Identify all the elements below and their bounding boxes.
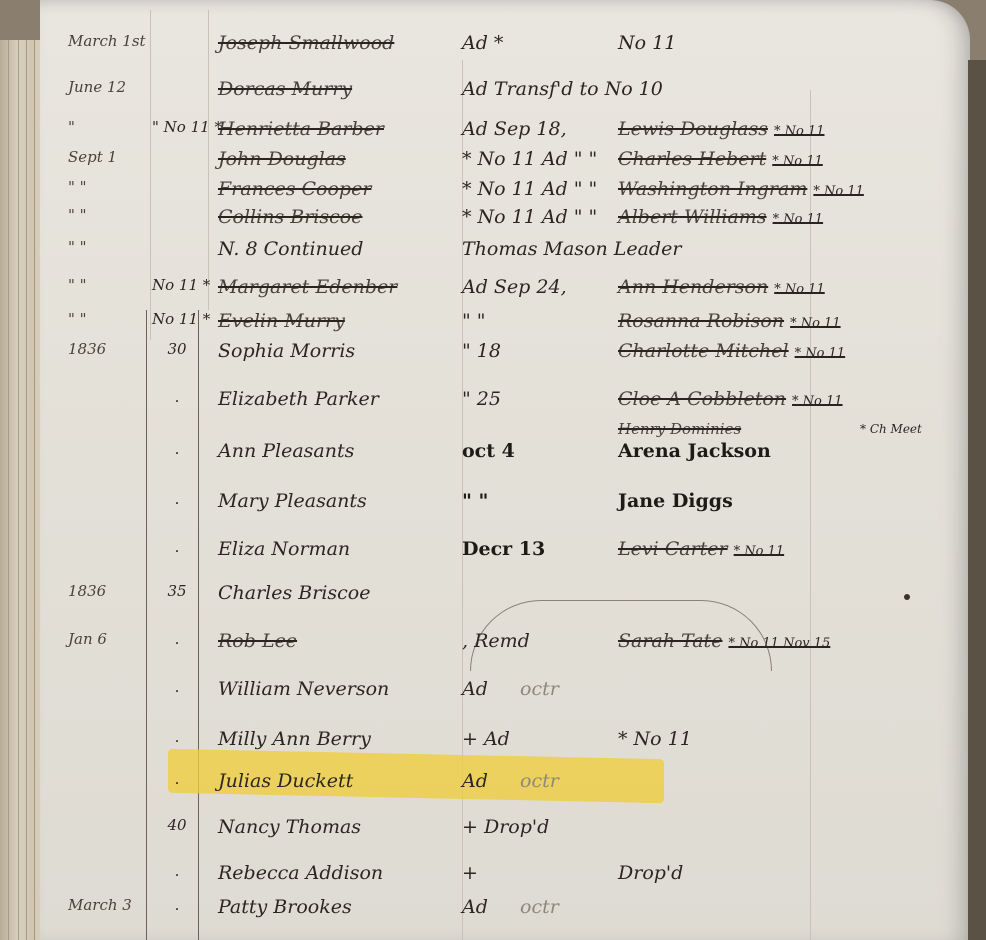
class-transfer-mark: * No 11 — [774, 282, 825, 297]
member-name: N. 8 Continued — [218, 238, 363, 260]
entry-number: . — [152, 862, 202, 880]
entry-date: March 3 — [68, 896, 148, 914]
member-name: Mary Pleasants — [218, 490, 367, 512]
member-name: Elizabeth Parker — [218, 388, 379, 410]
table-row: Jan 6.Rob Lee, RemdSarah Tate* No 11 Nov… — [0, 630, 986, 674]
entry-number: No 11 * — [152, 310, 202, 328]
entry-action: Ad Sep 18, — [462, 118, 567, 140]
entry-note: octr — [520, 678, 559, 700]
entry-action: " " — [462, 310, 486, 332]
entry-action: oct 4 — [462, 440, 515, 462]
entry-date: " " — [68, 276, 148, 294]
table-row: June 12Dorcas MurryAd Transf'd to No 10 — [0, 78, 986, 122]
entry-action: Ad — [462, 770, 488, 792]
note-above: Henry Dominies — [618, 420, 741, 438]
entry-note: Albert Williams* No 11 — [618, 206, 823, 228]
entry-action: , Remd — [462, 630, 530, 652]
member-name: William Neverson — [218, 678, 389, 700]
entry-note: * No 11 — [618, 728, 692, 750]
entry-number: No 11 * — [152, 276, 202, 294]
entry-note: Lewis Douglass* No 11 — [618, 118, 824, 140]
table-row: .Milly Ann Berry+ Ad* No 11 — [0, 728, 986, 772]
entry-number: . — [152, 630, 202, 648]
entry-date: " " — [68, 238, 148, 256]
entry-action: Decr 13 — [462, 538, 545, 560]
table-row: 40Nancy Thomas+ Drop'd — [0, 816, 986, 860]
member-name: Milly Ann Berry — [218, 728, 371, 750]
entry-date: Sept 1 — [68, 148, 148, 166]
member-name: Frances Cooper — [218, 178, 371, 200]
note-above-mark: * Ch Meet — [860, 422, 922, 436]
entry-action: Ad Transf'd to No 10 — [462, 78, 663, 100]
entry-action: " 25 — [462, 388, 501, 410]
member-name: Eliza Norman — [218, 538, 350, 560]
entry-note: octr — [520, 770, 559, 792]
entry-date: " " — [68, 310, 148, 328]
entry-note: Drop'd — [618, 862, 683, 884]
entry-date: 1836 — [68, 582, 148, 600]
table-row: .Eliza NormanDecr 13Levi Carter* No 11 — [0, 538, 986, 582]
entry-note: Washington Ingram* No 11 — [618, 178, 864, 200]
entry-date: 1836 — [68, 340, 148, 358]
entry-action: * No 11 Ad " " — [462, 178, 597, 200]
entry-note: Charles Hebert* No 11 — [618, 148, 823, 170]
member-name: Evelin Murry — [218, 310, 345, 332]
entry-note: Cloe A Cobbleton* No 11 — [618, 388, 843, 410]
entry-action: * No 11 Ad " " — [462, 206, 597, 228]
entry-action: Ad — [462, 896, 488, 918]
member-name: Ann Pleasants — [218, 440, 354, 462]
entry-number: 40 — [152, 816, 202, 834]
entry-action: + Ad — [462, 728, 510, 750]
entry-action: Thomas Mason Leader — [462, 238, 681, 260]
member-name: Dorcas Murry — [218, 78, 352, 100]
entry-date: June 12 — [68, 78, 148, 96]
entry-action: Ad * — [462, 32, 503, 54]
class-transfer-mark: * No 11 — [773, 212, 824, 227]
table-row: .Mary Pleasants" "Jane Diggs — [0, 490, 986, 534]
member-name: Collins Briscoe — [218, 206, 362, 228]
entry-action: " 18 — [462, 340, 501, 362]
table-row: March 1stJoseph SmallwoodAd *No 11 — [0, 32, 986, 76]
entry-note: Sarah Tate* No 11 Nov 15 — [618, 630, 830, 652]
table-row: 183630Sophia Morris" 18Charlotte Mitchel… — [0, 340, 986, 384]
entry-note: octr — [520, 896, 559, 918]
class-transfer-mark: * No 11 — [734, 544, 785, 559]
class-transfer-mark: * No 11 — [795, 346, 846, 361]
entry-action: + Drop'd — [462, 816, 549, 838]
entry-note: Charlotte Mitchel* No 11 — [618, 340, 845, 362]
entry-date: March 1st — [68, 32, 148, 50]
entry-date: " " — [68, 178, 148, 196]
entry-number: . — [152, 728, 202, 746]
entry-action: " " — [462, 490, 488, 512]
member-name: Nancy Thomas — [218, 816, 361, 838]
class-transfer-mark: * No 11 — [792, 394, 843, 409]
member-name: Henrietta Barber — [218, 118, 384, 140]
entry-number: . — [152, 896, 202, 914]
entry-date: " " — [68, 206, 148, 224]
entry-number: 35 — [152, 582, 202, 600]
member-name: Charles Briscoe — [218, 582, 371, 604]
entry-note: Ann Henderson* No 11 — [618, 276, 825, 298]
entry-action: Ad Sep 24, — [462, 276, 567, 298]
entry-action: + — [462, 862, 478, 884]
table-row: .William NeversonAdoctr — [0, 678, 986, 722]
entry-number: . — [152, 440, 202, 458]
member-name: Rob Lee — [218, 630, 297, 652]
entry-note: Arena Jackson — [618, 440, 771, 462]
table-row: .Elizabeth Parker" 25Cloe A Cobbleton* N… — [0, 388, 986, 432]
entry-date: " — [68, 118, 148, 136]
entry-number: . — [152, 538, 202, 556]
class-transfer-mark: * No 11 — [790, 316, 841, 331]
member-name: John Douglas — [218, 148, 346, 170]
entry-note: No 11 — [618, 32, 676, 54]
entry-note: Rosanna Robison* No 11 — [618, 310, 841, 332]
table-row: 183635Charles Briscoe — [0, 582, 986, 626]
entry-number: . — [152, 770, 202, 788]
class-transfer-mark: * No 11 — [772, 154, 823, 169]
member-name: Rebecca Addison — [218, 862, 383, 884]
class-transfer-mark: * No 11 — [774, 124, 825, 139]
entry-note: Levi Carter* No 11 — [618, 538, 784, 560]
entry-action: * No 11 Ad " " — [462, 148, 597, 170]
entry-date: Jan 6 — [68, 630, 148, 648]
entry-number: . — [152, 388, 202, 406]
entry-action: Ad — [462, 678, 488, 700]
entry-number: " No 11 * — [152, 118, 202, 136]
table-row: .Julias DuckettAdoctr — [0, 770, 986, 814]
entry-number: 30 — [152, 340, 202, 358]
member-name: Joseph Smallwood — [218, 32, 394, 54]
member-name: Julias Duckett — [218, 770, 353, 792]
class-transfer-mark: * No 11 Nov 15 — [728, 636, 830, 651]
entry-number: . — [152, 678, 202, 696]
entry-note: Jane Diggs — [618, 490, 733, 512]
table-row: March 3.Patty BrookesAdoctr — [0, 896, 986, 940]
entry-number: . — [152, 490, 202, 508]
table-row: .Ann Pleasantsoct 4Henry DominiesArena J… — [0, 440, 986, 484]
member-name: Margaret Edenber — [218, 276, 397, 298]
member-name: Sophia Morris — [218, 340, 355, 362]
member-name: Patty Brookes — [218, 896, 352, 918]
class-transfer-mark: * No 11 — [813, 184, 864, 199]
